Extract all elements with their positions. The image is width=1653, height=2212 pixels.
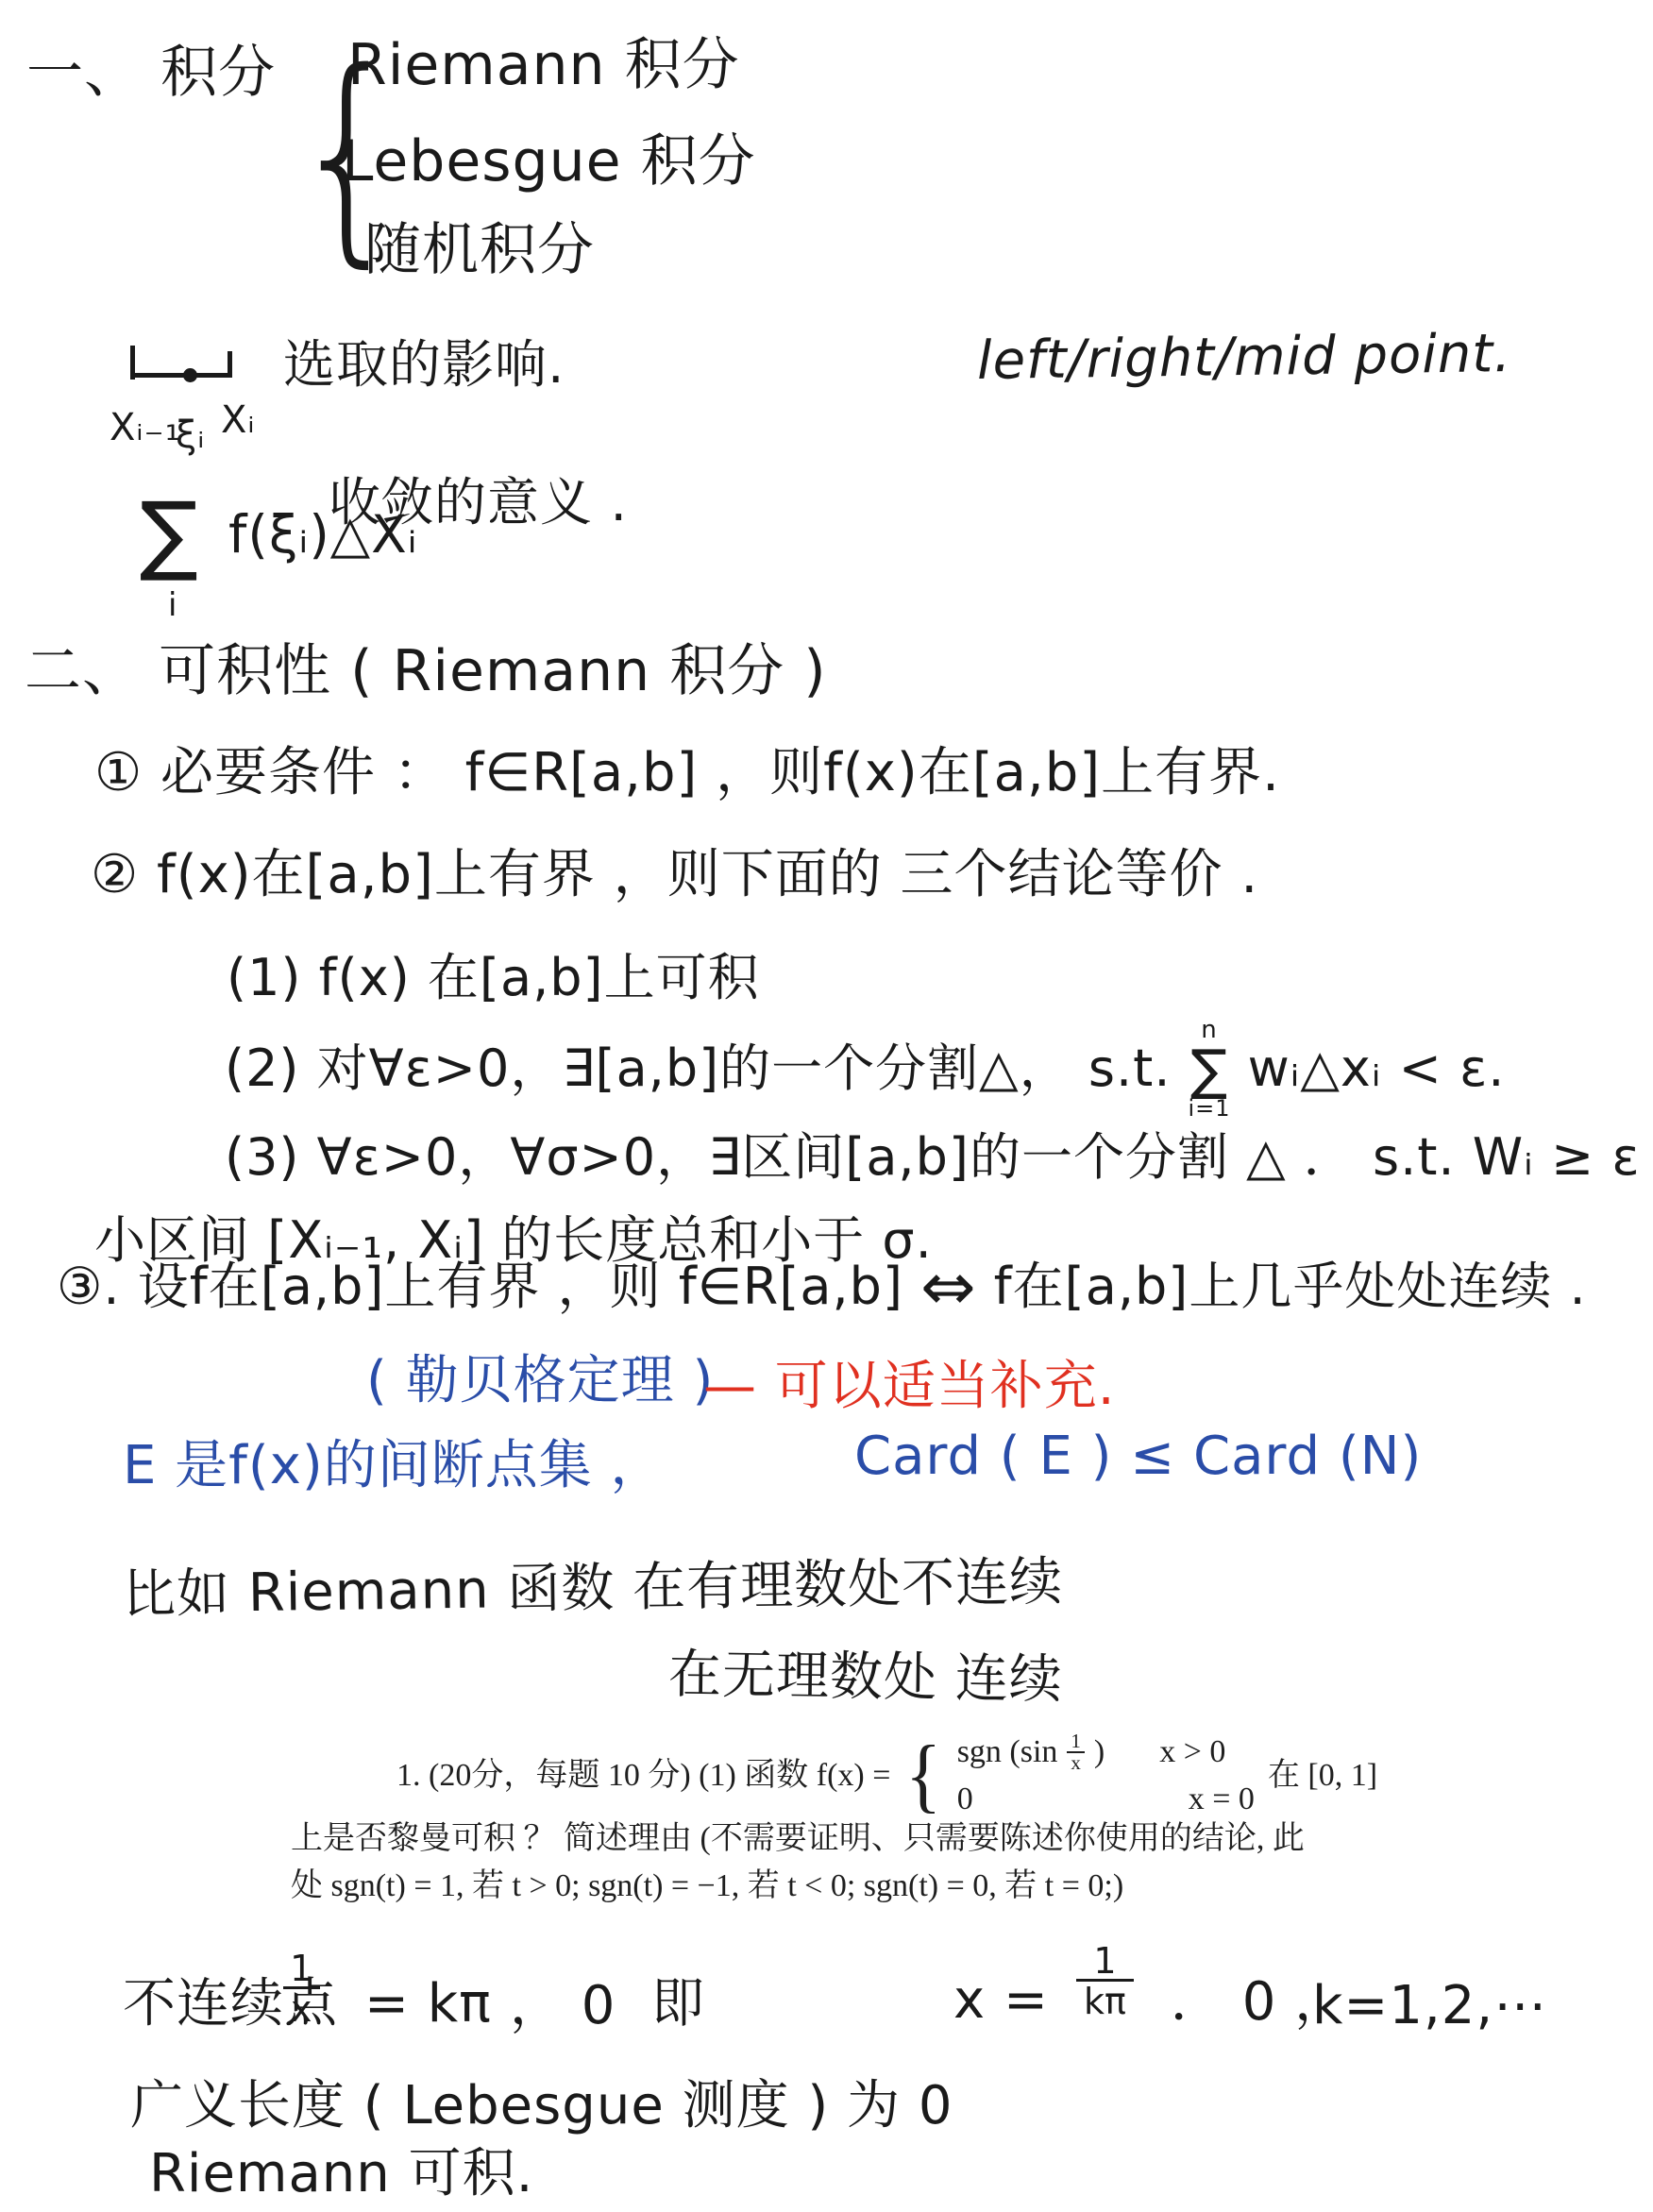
integral-type-riemann: Riemann 积分: [347, 30, 740, 101]
piecewise-brace: {: [906, 1734, 942, 1817]
solution-eq-k-pi: = kπ: [364, 1971, 492, 2037]
item1-necessary-condition: ① 必要条件 ： f∈R[a,b] ，则f(x)在[a,b]上有界.: [94, 740, 1280, 806]
sub2-partition-condition: (2) 对∀ε>0，∃[a,b]的一个分割△， s.t. n ∑ i=1 wᵢ△…: [225, 1018, 1505, 1120]
riemann-function-example-line1: 比如 Riemann 函数 在有理数处不连续: [123, 1549, 1064, 1629]
sub2-prefix: (2) 对∀ε>0，∃[a,b]的一个分割△， s.t.: [225, 1037, 1172, 1101]
case1-condition: x > 0: [1159, 1731, 1225, 1773]
solution-k-range: k=1,2,⋯: [1312, 1973, 1547, 2039]
item3-left: ③. 设f在[a,b]上有界 ，则 f∈R[a,b]: [57, 1255, 903, 1319]
sigma-icon: ∑: [1190, 1042, 1228, 1097]
case1-frac-numerator: 1: [1071, 1731, 1081, 1751]
label-xi-i: ξᵢ: [176, 412, 205, 459]
sub2-suffix: wᵢ△xᵢ < ε.: [1248, 1037, 1506, 1101]
case1-close-paren: ): [1094, 1731, 1105, 1773]
item3-lebesgue-criterion: ③. 设f在[a,b]上有界 ，则 f∈R[a,b] ⇔ f在[a,b]上几乎处…: [57, 1254, 1587, 1320]
sub1-integrable: (1) f(x) 在[a,b]上可积: [227, 946, 760, 1010]
section2-heading: 二、 可积性 ( Riemann 积分 ): [25, 636, 827, 707]
problem-prefix: 1. (20分，每题 10 分) (1) 函数 f(x) =: [396, 1755, 890, 1797]
integral-type-lebesgue: Lebesgue 积分: [342, 127, 756, 197]
sub3-line1: (3) ∀ε>0，∀σ>0，∃区间[a,b]的一个分割 △ ． s.t. Wᵢ …: [225, 1125, 1653, 1190]
piecewise-cases: sgn (sin 1 x ) x > 0 0 x = 0: [957, 1731, 1255, 1820]
segment-line: [130, 373, 232, 378]
case1-fraction: 1 x: [1067, 1731, 1085, 1773]
riemann-function-example-line2: 在无理数处 连续: [668, 1642, 1064, 1714]
item3-right: f在[a,b]上几乎处处连续 .: [994, 1255, 1587, 1319]
supplement-note: — 可以适当补充.: [703, 1354, 1116, 1420]
solution-conclusion: Riemann 可积.: [149, 2141, 533, 2207]
section1-heading: 一、 积分: [26, 38, 276, 109]
solution-fraction-1-over-x: 1 x: [283, 1950, 320, 2027]
caption-left-right-mid: left/right/mid point.: [977, 321, 1512, 395]
frac1-numerator: 1: [290, 1950, 312, 1986]
iff-arrow-icon: ⇔: [920, 1254, 977, 1320]
solution-then-word: 即: [651, 1971, 705, 2037]
printed-problem-line3: 处 sgn(t) = 1, 若 t > 0; sgn(t) = −1, 若 t …: [291, 1866, 1123, 1907]
partition-interval-diagram: [130, 346, 232, 380]
solution-comma-zero: ， 0: [510, 1973, 616, 2039]
case-row-2: 0 x = 0: [957, 1779, 1255, 1820]
label-x-i-minus-1: Xᵢ₋₁: [110, 404, 181, 451]
frac2-numerator: 1: [1093, 1943, 1116, 1979]
solution-measure-line: 广义长度 ( Lebesgue 测度 ) 为 0: [130, 2073, 953, 2139]
case1-frac-denominator: x: [1067, 1751, 1085, 1773]
printed-problem-line1: 1. (20分，每题 10 分) (1) 函数 f(x) = { sgn (si…: [396, 1731, 1377, 1820]
case-row-1: sgn (sin 1 x ) x > 0: [957, 1731, 1255, 1773]
sum-sigma-subscript: i: [168, 585, 177, 626]
frac2-denominator: kπ: [1076, 1979, 1134, 2019]
case2-condition: x = 0: [1189, 1779, 1255, 1820]
cardinality-note: Card ( E ) ≤ Card (N): [854, 1424, 1422, 1490]
printed-problem-line2: 上是否黎曼可积 ？ 简述理由 (不需要证明、只需要陈述你使用的结论, 此: [291, 1818, 1305, 1860]
lebesgue-theorem-note: ( 勒贝格定理 ): [366, 1348, 714, 1414]
handwritten-notes-page: 一、 积分 { Riemann 积分 Lebesgue 积分 随机积分 Xᵢ₋₁…: [0, 0, 1653, 2212]
integral-type-stochastic: 随机积分: [364, 215, 595, 286]
sum-sigma: ∑: [140, 480, 199, 588]
case1-expression: sgn (sin: [957, 1731, 1058, 1773]
frac1-denominator: x: [283, 1986, 320, 2027]
discontinuity-set-note: E 是f(x)的间断点集 ，: [123, 1433, 665, 1499]
solution-var-x-equals: x =: [953, 1967, 1049, 2034]
sum-with-limits: n ∑ i=1: [1189, 1018, 1231, 1120]
item2-bounded-equivalence: ② f(x)在[a,b]上有界 ，则下面的 三个结论等价 .: [91, 842, 1258, 908]
sum-caption-convergence: 收敛的意义 .: [329, 470, 628, 535]
caption-choice-influence: 选取的影响.: [283, 332, 565, 397]
solution-fraction-1-over-k-pi: 1 kπ: [1076, 1943, 1134, 2019]
sum-lower-limit: i=1: [1189, 1097, 1231, 1120]
sample-point-dot: [183, 368, 197, 382]
problem-domain: 在 [0, 1]: [1268, 1755, 1377, 1797]
label-x-i: Xᵢ: [221, 397, 256, 444]
case2-value: 0: [957, 1779, 973, 1820]
